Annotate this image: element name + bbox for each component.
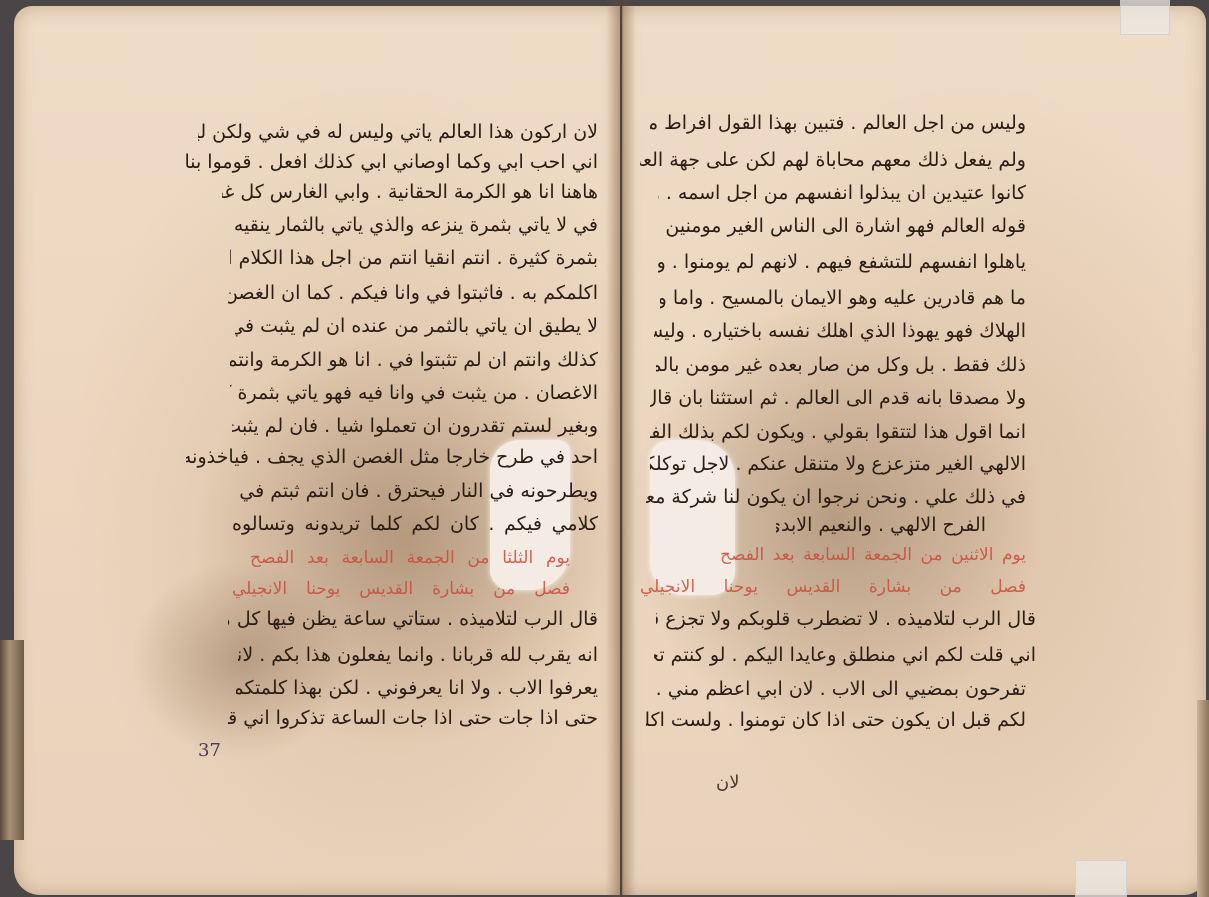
text-line: لان اركون هذا العالم ياتي وليس له في شي … <box>198 117 598 147</box>
tape-strip-top <box>1120 0 1170 35</box>
text-line: حتى اذا جات حتى اذا جات الساعة تذكروا ان… <box>228 703 598 733</box>
text-line: كذلك وانتم ان لم تثبتوا في . انا هو الكر… <box>230 345 598 375</box>
text-line: وبغير لستم تقدرون ان تعملوا شيا . فان لم… <box>232 411 598 441</box>
page-edges-left <box>0 640 24 840</box>
text-line: اني احب ابي وكما اوصاني ابي كذلك افعل . … <box>180 147 598 177</box>
text-line: الاغصان . من يثبت في وانا فيه فهو ياتي ب… <box>230 378 598 408</box>
text-line: وليس من اجل العالم . فتبين بهذا القول اف… <box>650 108 1026 138</box>
catchword: لان <box>716 772 739 793</box>
text-line: كلامي فيكم . كان لكم كلما تريدونه وتسالو… <box>232 509 598 539</box>
text-line: ذلك فقط . بل وكل من صار بعده غير مومن با… <box>656 350 1026 380</box>
rubric-line: يوم الثلثا من الجمعة السابعة بعد الفصح <box>250 543 570 573</box>
tape-strip-bottom <box>1075 860 1127 897</box>
text-line: تفرحون بمضيي الى الاب . لان ابي اعظم مني… <box>650 674 1026 704</box>
rubric-line: يوم الاثنين من الجمعة السابعة بعد الفصح <box>720 540 1026 570</box>
text-line: لا يطيق ان ياتي بالثمر من عنده ان لم يثب… <box>235 311 598 341</box>
text-line: لكم قبل ان يكون حتى اذا كان تومنوا . ولس… <box>646 705 1026 735</box>
text-line: في ذلك علي . ونحن نرجوا ان يكون لنا شركة… <box>646 482 1026 512</box>
text-line: قال الرب لتلاميذه . لا تضطرب قلوبكم ولا … <box>656 604 1036 634</box>
text-line: قال الرب لتلاميذه . ستاتي ساعة يظن فيها … <box>228 604 598 634</box>
text-line: احد في طرح خارجا مثل الغصن الذي يجف . في… <box>186 442 598 472</box>
text-line: الالهي الغير متزعزع ولا متنقل عنكم . لاج… <box>650 449 1026 479</box>
page-edges-right <box>1197 700 1209 897</box>
text-line: قوله العالم فهو اشارة الى الناس الغير مو… <box>660 211 1026 241</box>
text-line: ولا مصدقا بانه قدم الى العالم . ثم استثن… <box>650 383 1026 413</box>
text-line: ما هم قادرين عليه وهو الايمان بالمسيح . … <box>660 283 1026 313</box>
text-line: في لا ياتي بثمرة ينزعه والذي ياتي بالثما… <box>230 210 598 240</box>
text-line: ويطرحونه في النار فيحترق . فان انتم ثبتم… <box>232 476 598 506</box>
folio-number: 37 <box>198 740 221 761</box>
text-line: الفرح الالهي . والنعيم الابدي <box>776 510 986 540</box>
text-line: انما اقول هذا لتتقوا بقولي . ويكون لكم ب… <box>650 417 1026 447</box>
rubric-line: فصل من بشارة القديس يوحنا الانجيلي <box>232 574 570 604</box>
text-line: انه يقرب لله قربانا . وانما يفعلون هذا ب… <box>238 640 598 670</box>
text-line: ولم يفعل ذلك معهم محاباة لهم لكن على جهة… <box>640 145 1026 175</box>
text-line: هاهنا انا هو الكرمة الحقانية . وابي الغا… <box>222 177 598 207</box>
text-line: اني قلت لكم اني منطلق وعايدا اليكم . لو … <box>654 640 1036 670</box>
rubric-line: فصل من بشارة القديس يوحنا الانجيلي <box>640 572 1026 602</box>
text-line: يعرفوا الاب . ولا انا يعرفوني . لكن بهذا… <box>236 673 598 703</box>
text-line: كانوا عتيدين ان يبذلوا انفسهم من اجل اسم… <box>658 178 1026 208</box>
text-line: بثمرة كثيرة . انتم انقيا انتم من اجل هذا… <box>230 243 598 273</box>
gutter <box>606 0 636 897</box>
text-line: ياهلوا انفسهم للتشفع فيهم . لانهم لم يوم… <box>658 247 1026 277</box>
text-line: اكلمكم به . فاثبتوا في وانا فيكم . كما ا… <box>228 278 598 308</box>
text-line: الهلاك فهو يهوذا الذي اهلك نفسه باختياره… <box>654 316 1026 346</box>
